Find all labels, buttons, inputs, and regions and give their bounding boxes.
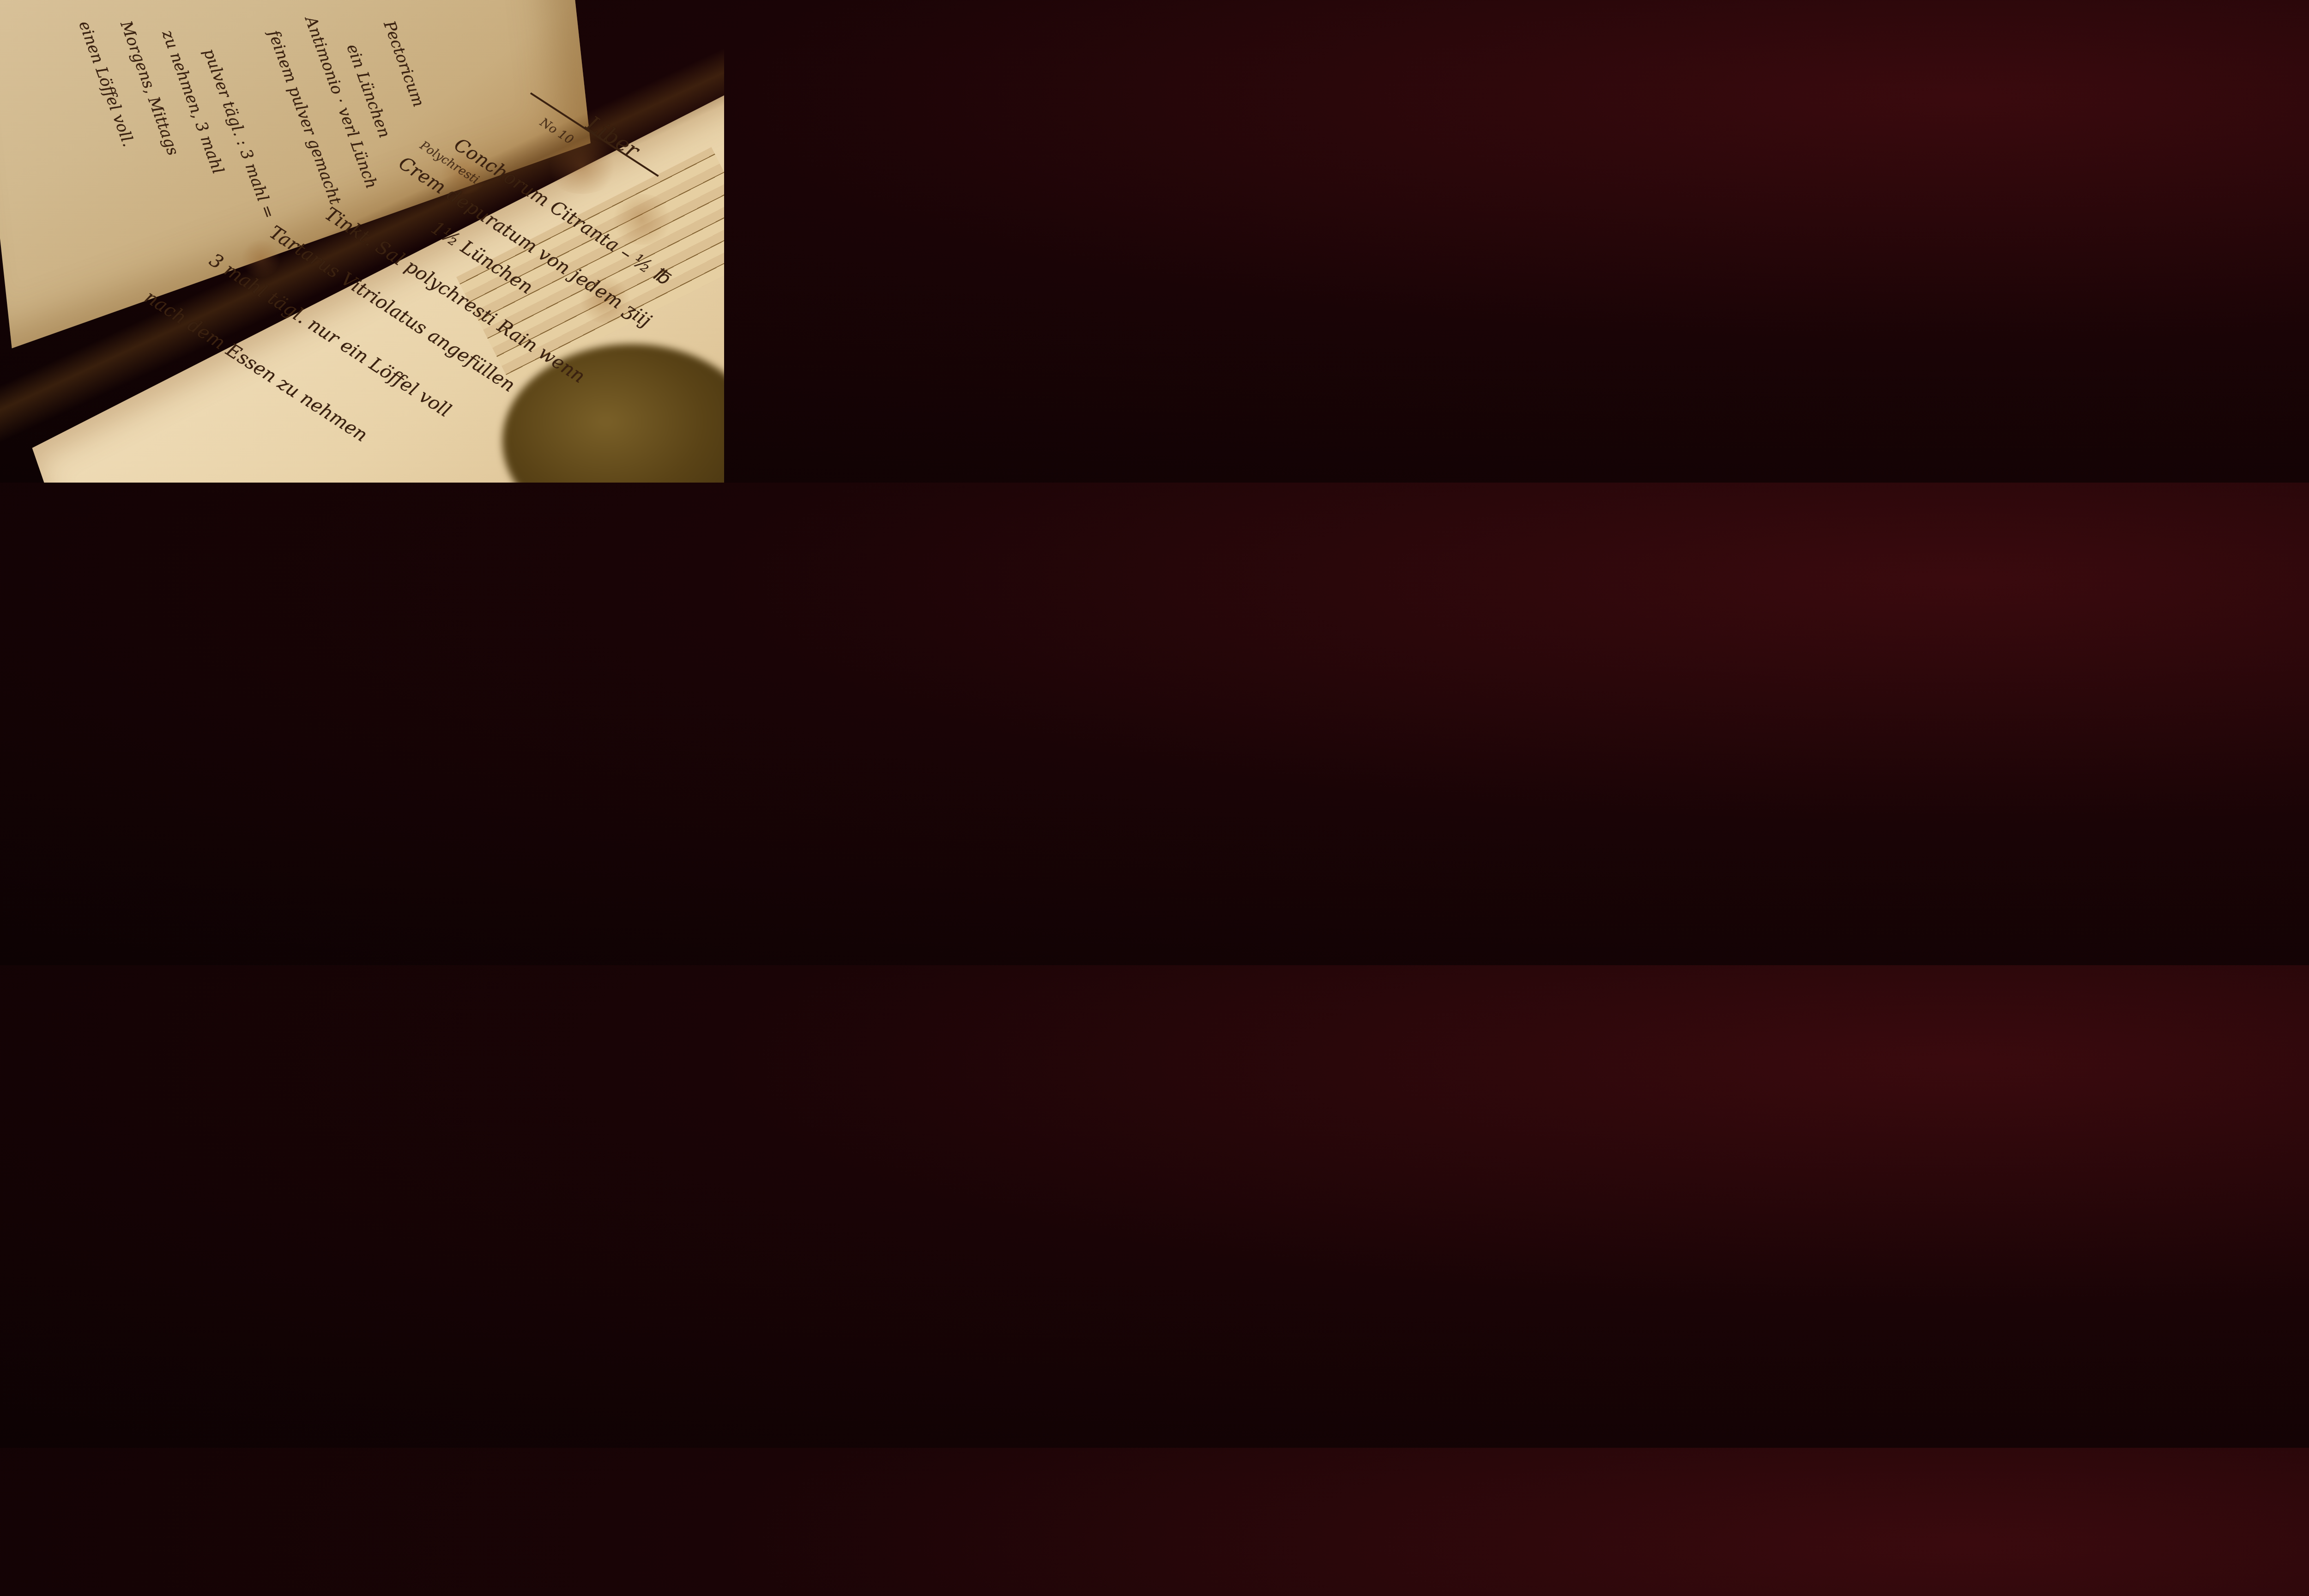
book-photo: Pectoricum ein Lünchen Antimonio · verl … [0, 0, 724, 483]
